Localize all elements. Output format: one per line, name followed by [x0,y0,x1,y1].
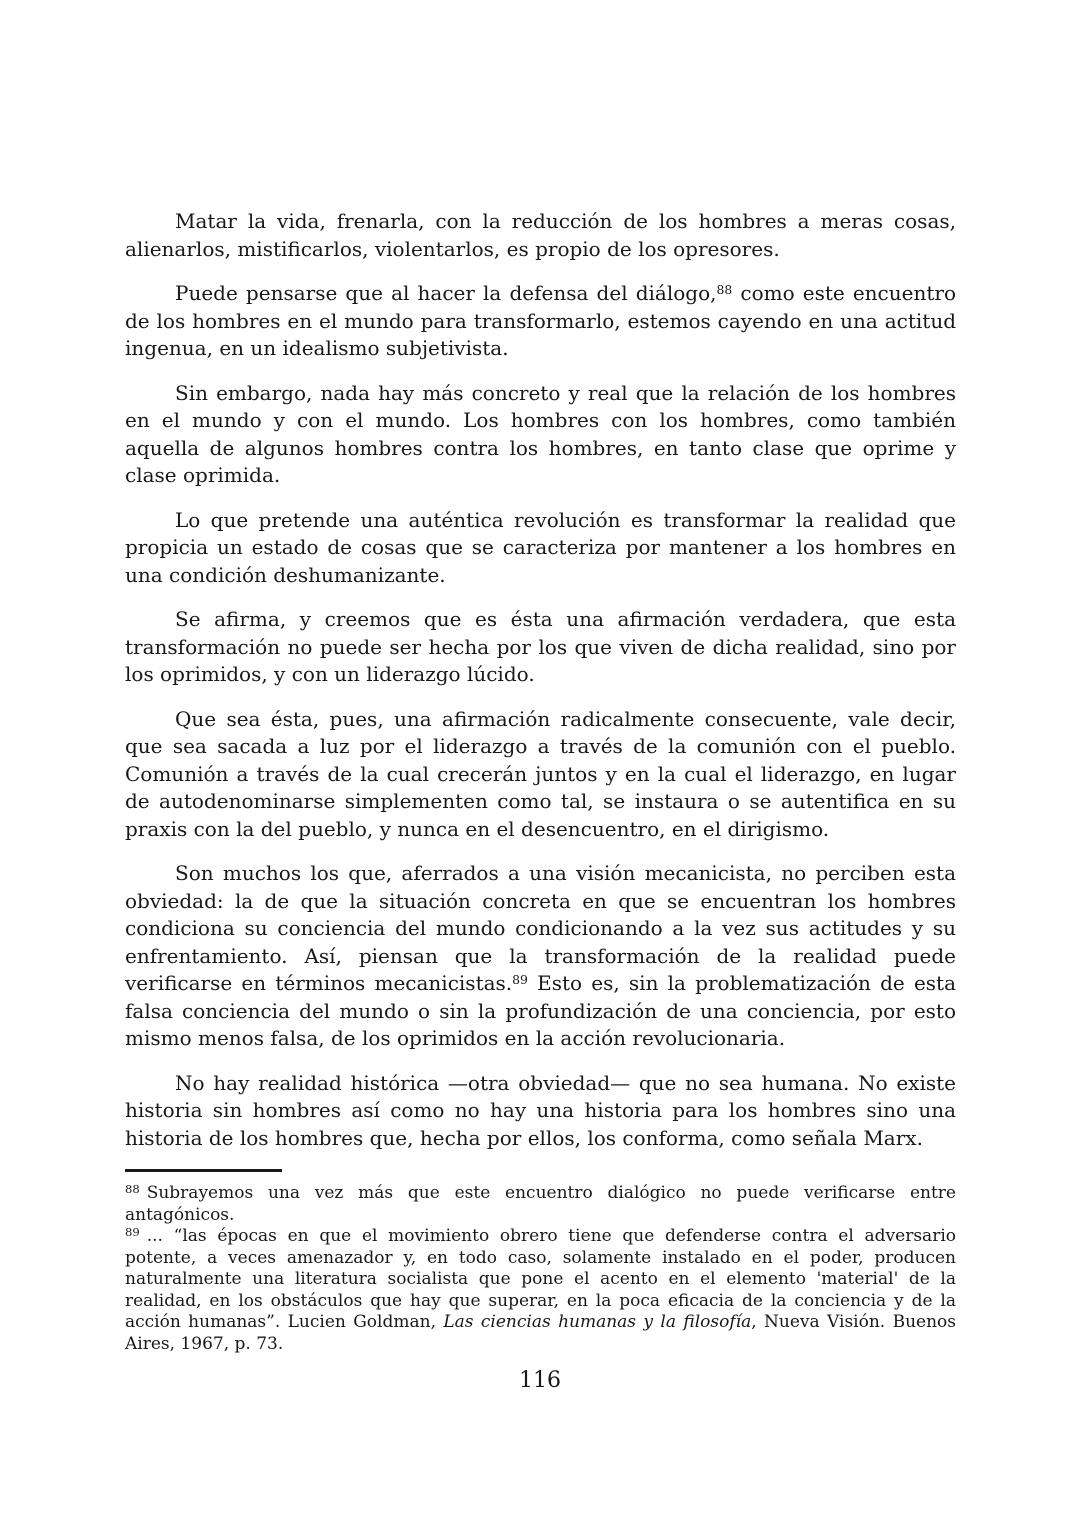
paragraph-text: Matar la vida, frenarla, con la reducció… [125,209,956,261]
footnote-marker: 88 [125,1182,140,1196]
paragraph-text: Puede pensarse que al hacer la defensa d… [175,281,716,305]
paragraph-text: Se afirma, y creemos que es ésta una afi… [125,607,956,686]
footnote-reference: 89 [512,972,528,987]
footnote-marker: 89 [125,1225,140,1239]
paragraph-text: Que sea ésta, pues, una afirmación radic… [125,707,956,841]
paragraph: Que sea ésta, pues, una afirmación radic… [125,706,956,844]
document-page: Matar la vida, frenarla, con la reducció… [0,0,1080,1527]
book-title-italic: Las ciencias humanas y la filosofía [443,1312,751,1332]
paragraph: No hay realidad histórica —otra obviedad… [125,1070,956,1153]
page-content: Matar la vida, frenarla, con la reducció… [125,208,956,1355]
footnote: 88Subrayemos una vez más que este encuen… [125,1183,956,1226]
paragraph: Se afirma, y creemos que es ésta una afi… [125,606,956,689]
footnote-reference: 88 [716,282,732,297]
footnote: 89... “las épocas en que el movimiento o… [125,1226,956,1355]
paragraph-text: No hay realidad histórica —otra obviedad… [125,1071,956,1150]
paragraph-text: Lo que pretende una auténtica revolución… [125,508,956,587]
footnote-separator [125,1169,282,1172]
page-number: 116 [0,1368,1080,1393]
paragraph: Sin embargo, nada hay más concreto y rea… [125,380,956,490]
body-text: Matar la vida, frenarla, con la reducció… [125,208,956,1152]
paragraph: Matar la vida, frenarla, con la reducció… [125,208,956,263]
footnotes-section: 88Subrayemos una vez más que este encuen… [125,1183,956,1355]
paragraph-text: Sin embargo, nada hay más concreto y rea… [125,381,956,488]
footnote-text: Subrayemos una vez más que este encuentr… [125,1183,956,1225]
paragraph: Lo que pretende una auténtica revolución… [125,507,956,590]
paragraph: Puede pensarse que al hacer la defensa d… [125,280,956,363]
paragraph: Son muchos los que, aferrados a una visi… [125,860,956,1053]
